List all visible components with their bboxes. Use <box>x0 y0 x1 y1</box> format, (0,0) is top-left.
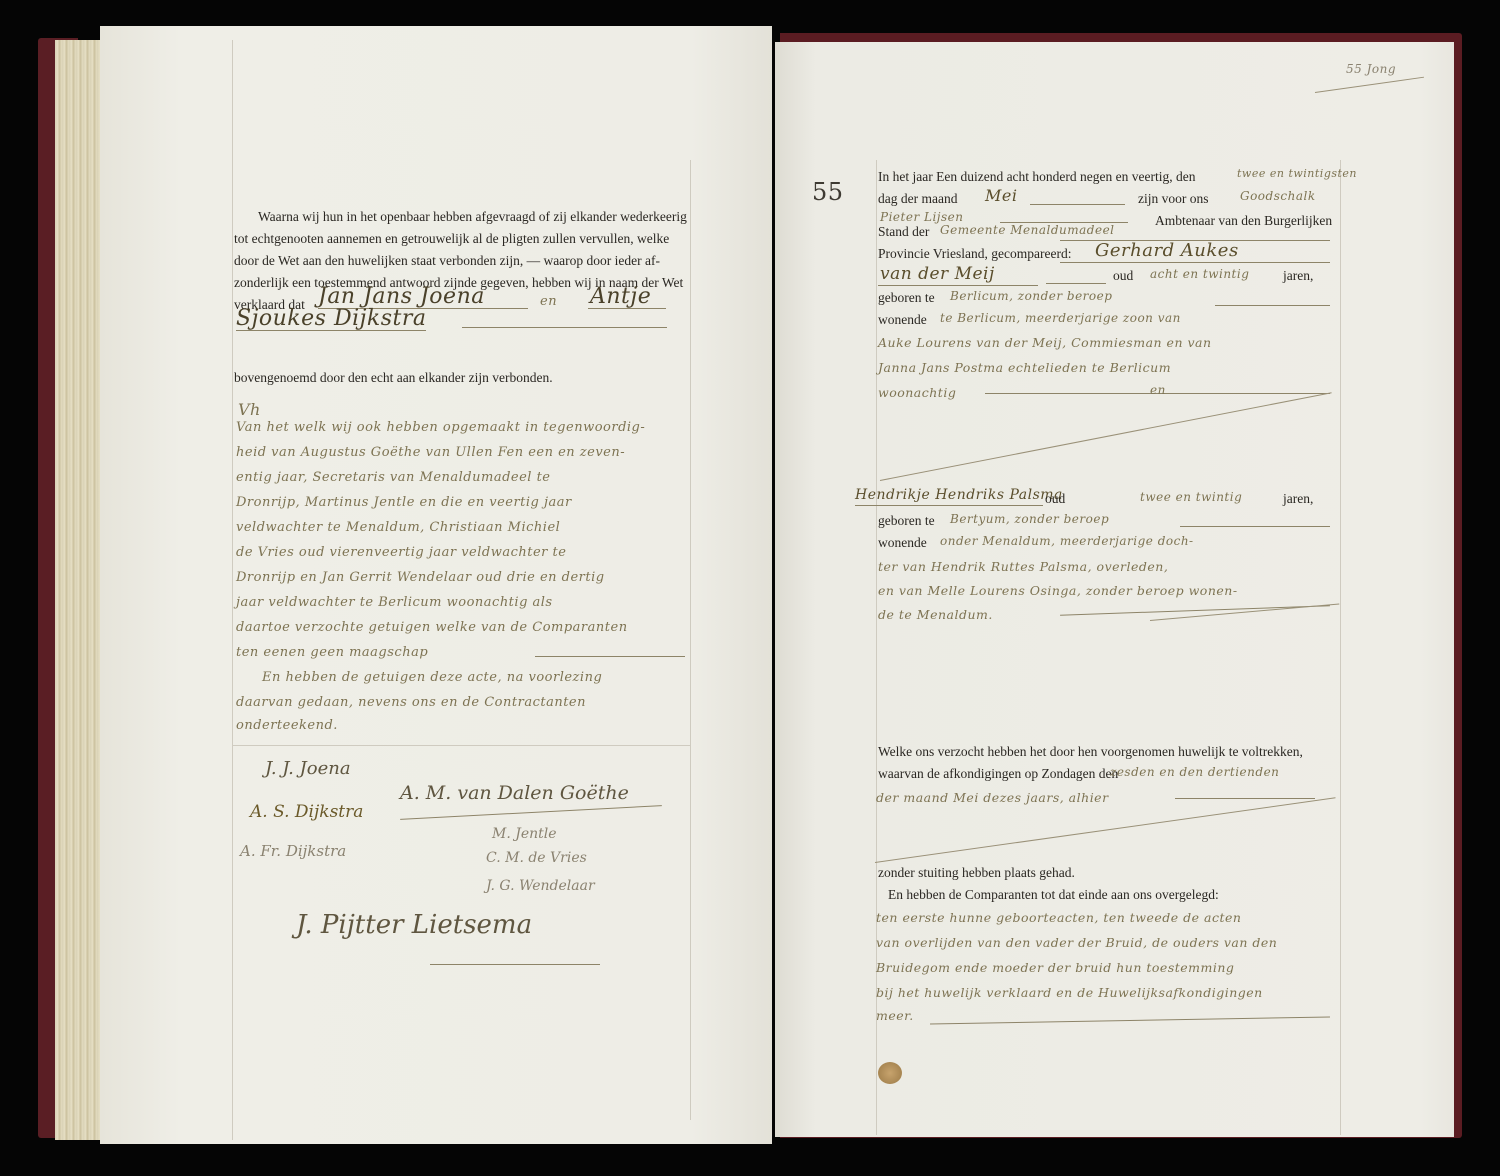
underline <box>462 327 667 328</box>
bride-age: twee en twintig <box>1140 490 1242 504</box>
ink-stain <box>878 1062 902 1084</box>
r-line2-printed-a: dag der maand <box>878 188 957 210</box>
hand-line-6: de Vries oud vierenveertig jaar veldwach… <box>236 545 566 560</box>
r-line6-hand: van der Meij <box>880 264 995 284</box>
signature-official: J. Pijtter Lietsema <box>296 910 532 940</box>
conjunction: en <box>540 294 557 309</box>
r-line1-printed: In het jaar Een duizend acht honderd neg… <box>878 166 1196 188</box>
hand-line-8: jaar veldwachter te Berlicum woonachtig … <box>236 595 553 610</box>
printed-line-1: Waarna wij hun in het openbaar hebben af… <box>258 206 687 228</box>
signature-witness-jentle: M. Jentle <box>492 826 557 842</box>
underline <box>1175 798 1315 799</box>
underline <box>236 330 426 331</box>
right-edge-rule <box>1340 160 1341 1135</box>
r-line9-hand: Auke Lourens van der Meij, Commiesman en… <box>878 335 1212 350</box>
r-line6-printed-b: jaren, <box>1283 265 1313 287</box>
hand-line-5: veldwachter te Menaldum, Christiaan Mich… <box>236 520 560 535</box>
r-line4-printed: Stand der <box>878 221 929 243</box>
hand-line-9: daartoe verzochte getuigen welke van de … <box>236 620 628 635</box>
underline <box>878 285 1038 286</box>
r-line7-hand: Berlicum, zonder beroep <box>950 289 1112 303</box>
r-line5-printed: Provincie Vriesland, gecompareerd: <box>878 243 1072 265</box>
margin-page-number: 55 <box>812 178 844 206</box>
bovengenoemd-line: bovengenoemd door den echt aan elkander … <box>234 367 553 389</box>
welke-hand-2: der maand Mei dezes jaars, alhier <box>876 790 1109 805</box>
hand-line-13: onderteekend. <box>236 718 338 733</box>
overgelegd-line-1: ten eerste hunne geboorteacten, ten twee… <box>876 910 1241 925</box>
r-line1-hand: twee en twintigsten <box>1237 167 1357 180</box>
underline <box>588 308 666 309</box>
hand-line-2: heid van Augustus Goëthe van Ullen Fen e… <box>236 445 625 460</box>
printed-line-2: tot echtgenooten aannemen en getrouwelij… <box>234 228 669 250</box>
underline <box>855 505 1043 506</box>
r-line4-hand: Gemeente Menaldumadeel <box>940 223 1115 237</box>
signature-secretary: A. M. van Dalen Goëthe <box>400 782 629 804</box>
underline <box>1215 305 1330 306</box>
bride-name: Hendrikje Hendriks Palsma <box>855 487 1063 503</box>
r-line11-hand: woonachtig <box>878 385 956 400</box>
r-line7-printed: geboren te <box>878 287 935 309</box>
bride-line3: ter van Hendrik Ruttes Palsma, overleden… <box>878 559 1168 574</box>
left-page <box>100 26 772 1144</box>
welke-line-2: waarvan de afkondigingen op Zondagen den <box>878 763 1118 785</box>
r-line6-printed-a: oud <box>1113 265 1133 287</box>
left-right-rule <box>690 160 691 1120</box>
r-line8-printed: wonende <box>878 309 927 331</box>
signature-witness-dijkstra: A. Fr. Dijkstra <box>240 842 346 860</box>
overgelegd-line-3: Bruidegom ende moeder der bruid hun toes… <box>876 960 1234 975</box>
r-line10-hand: Janna Jans Postma echtelieden te Berlicu… <box>878 360 1171 375</box>
r-line2-hand-b: Goodschalk <box>1240 189 1316 203</box>
signature-groom: J. J. Joena <box>265 758 351 779</box>
bride-printed-jaren: jaren, <box>1283 488 1313 510</box>
hand-line-4: Dronrijp, Martinus Jentle en die en veer… <box>236 495 572 510</box>
r-line8-hand: te Berlicum, meerderjarige zoon van <box>940 311 1181 325</box>
r-line6-hand-b: acht en twintig <box>1150 267 1249 281</box>
bride-surname: Sjoukes Dijkstra <box>236 306 427 331</box>
left-margin-rule <box>232 40 233 1140</box>
bride-born: Bertyum, zonder beroep <box>950 512 1109 526</box>
printed-line-3: door de Wet aan den huwelijken staat ver… <box>234 250 660 272</box>
hand-line-12: daarvan gedaan, nevens ons en de Contrac… <box>236 695 586 710</box>
underline <box>1046 283 1106 284</box>
page-number-corner: 55 Jong <box>1346 62 1396 76</box>
underline <box>535 656 685 657</box>
bride-wonende: onder Menaldum, meerderjarige doch- <box>940 534 1194 548</box>
bride-first-name: Antje <box>590 284 651 309</box>
bride-wonende-label: wonende <box>878 532 927 554</box>
r-line2-hand-a: Mei <box>985 186 1017 205</box>
signature-bride: A. S. Dijkstra <box>250 802 363 822</box>
hand-line-10: ten eenen geen maagschap <box>236 645 428 660</box>
overgelegd-line-4: bij het huwelijk verklaard en de Huwelij… <box>876 985 1263 1000</box>
bride-born-label: geboren te <box>878 510 935 532</box>
underline <box>1060 262 1330 263</box>
bride-printed-oud: oud <box>1045 488 1065 510</box>
r-line11-hand-b: en <box>1150 383 1166 397</box>
signature-divider <box>232 745 690 746</box>
hand-line-7: Dronrijp en Jan Gerrit Wendelaar oud dri… <box>236 570 605 585</box>
zonder-stuiting: zonder stuiting hebben plaats gehad. <box>878 862 1075 884</box>
comparanten-line: En hebben de Comparanten tot dat einde a… <box>888 884 1219 906</box>
bride-line4: en van Melle Lourens Osinga, zonder bero… <box>878 583 1238 598</box>
hand-line-0: Vh <box>238 400 261 419</box>
hand-line-1: Van het welk wij ook hebben opgemaakt in… <box>236 420 645 435</box>
r-line5-hand: Gerhard Aukes <box>1095 240 1239 261</box>
hand-line-3: entig jaar, Secretaris van Menaldumadeel… <box>236 470 551 485</box>
hand-line-11: En hebben de getuigen deze acte, na voor… <box>262 670 602 685</box>
overgelegd-line-5: meer. <box>876 1008 914 1023</box>
r-line3-printed: Ambtenaar van den Burgerlijken <box>1155 210 1332 232</box>
signature-witness-wendelaar: J. G. Wendelaar <box>486 878 595 894</box>
signature-witness-devries: C. M. de Vries <box>486 850 587 866</box>
bride-line5: de te Menaldum. <box>878 607 993 622</box>
welke-line-1: Welke ons verzocht hebben het door hen v… <box>878 741 1303 763</box>
signature-flourish <box>430 964 600 965</box>
overgelegd-line-2: van overlijden van den vader der Bruid, … <box>876 935 1277 950</box>
underline <box>1180 526 1330 527</box>
welke-hand-1: zesden en den dertienden <box>1110 765 1279 779</box>
r-line2-printed-b: zijn voor ons <box>1138 188 1209 210</box>
underline <box>1030 204 1125 205</box>
